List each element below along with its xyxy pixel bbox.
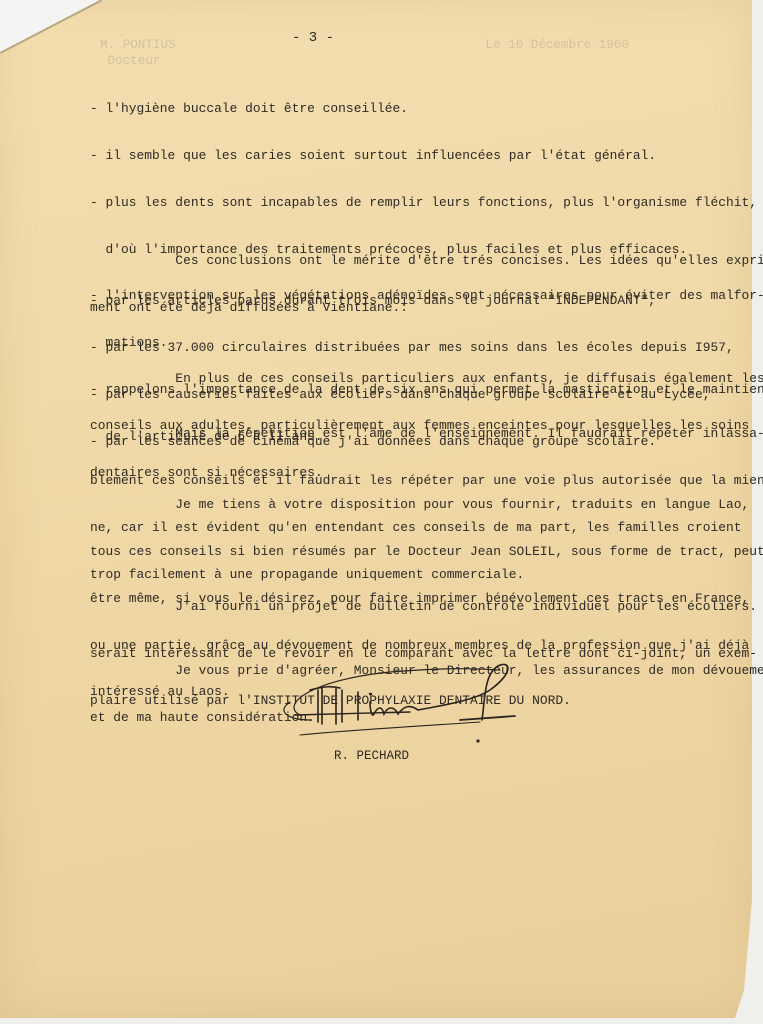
show-through-subheader: Docteur [100,54,160,68]
line: J'ai fourni un projet de bulletin de con… [90,599,763,615]
line: - l'hygiène buccale doit être conseillée… [90,101,763,117]
show-through-header: M. PONTIUS Le 10 Décembre 1960 [100,38,629,52]
line: Je me tiens à votre disposition pour vou… [90,497,763,513]
line: - plus les dents sont incapables de remp… [90,195,763,211]
line: Mais la répétition est l'âme de l'enseig… [90,426,763,442]
line: tous ces conseils si bien résumés par le… [90,544,763,560]
line: - par les articles parus durant trois mo… [90,293,734,309]
signatory-name: R. PECHARD [334,749,409,763]
handwritten-signature [270,660,530,750]
page-number: - 3 - [292,30,334,46]
line: - il semble que les caries soient surtou… [90,148,763,164]
line: En plus de ces conseils particuliers aux… [90,371,763,387]
